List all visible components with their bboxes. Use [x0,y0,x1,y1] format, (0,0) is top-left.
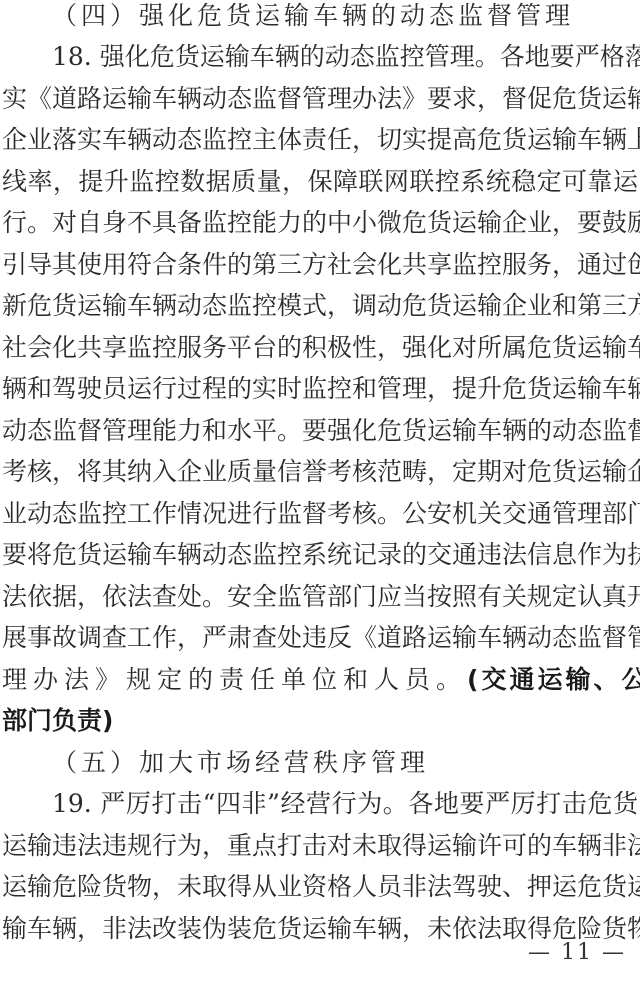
responsible-departments-note-end: 部门负责) [2,701,638,741]
paragraph-line: 运输违法违规行为，重点打击对未取得运输许可的车辆非法 [2,826,638,866]
paragraph-text: 理办法》规定的责任单位和人员。 [2,660,467,700]
paragraph-line: 新危货运输车辆动态监控模式，调动危货运输企业和第三方 [2,286,638,326]
paragraph-line: 业动态监控工作情况进行监督考核。公安机关交通管理部门 [2,494,638,534]
responsible-departments-note: (交通运输、公安、安监 [467,660,640,700]
paragraph-line: 考核，将其纳入企业质量信誉考核范畴，定期对危货运输企 [2,452,638,492]
paragraph-line: 要将危货运输车辆动态监控系统记录的交通违法信息作为执 [2,535,638,575]
paragraph-18-line-1: 18. 强化危货运输车辆的动态监控管理。各地要严格落 [52,37,638,77]
paragraph-line-with-responsibility: 理办法》规定的责任单位和人员。 (交通运输、公安、安监 [2,660,638,700]
paragraph-line: 辆和驾驶员运行过程的实时监控和管理，提升危货运输车辆 [2,369,638,409]
paragraph-line: 法依据，依法查处。安全监管部门应当按照有关规定认真开 [2,577,638,617]
paragraph-line: 行。对自身不具备监控能力的中小微危货运输企业，要鼓励 [2,203,638,243]
paragraph-line: 运输危险货物，未取得从业资格人员非法驾驶、押运危货运 [2,867,638,907]
page-number: — 11 — [528,938,628,968]
section-heading-4: （四）强化危货运输车辆的动态监督管理 [52,0,638,36]
document-page: （四）强化危货运输车辆的动态监督管理 18. 强化危货运输车辆的动态监控管理。各… [0,0,640,982]
paragraph-line: 社会化共享监控服务平台的积极性，强化对所属危货运输车 [2,328,638,368]
paragraph-line: 动态监督管理能力和水平。要强化危货运输车辆的动态监督 [2,411,638,451]
paragraph-line: 展事故调查工作，严肃查处违反《道路运输车辆动态监督管 [2,618,638,658]
section-heading-5: （五）加大市场经营秩序管理 [52,743,638,783]
paragraph-line: 企业落实车辆动态监控主体责任，切实提高危货运输车辆上 [2,120,638,160]
paragraph-line: 实《道路运输车辆动态监督管理办法》要求，督促危货运输 [2,79,638,119]
paragraph-line: 引导其使用符合条件的第三方社会化共享监控服务，通过创 [2,245,638,285]
paragraph-19-line-1: 19. 严厉打击“四非”经营行为。各地要严厉打击危货 [52,784,638,824]
paragraph-line: 线率，提升监控数据质量，保障联网联控系统稳定可靠运 [2,162,638,202]
